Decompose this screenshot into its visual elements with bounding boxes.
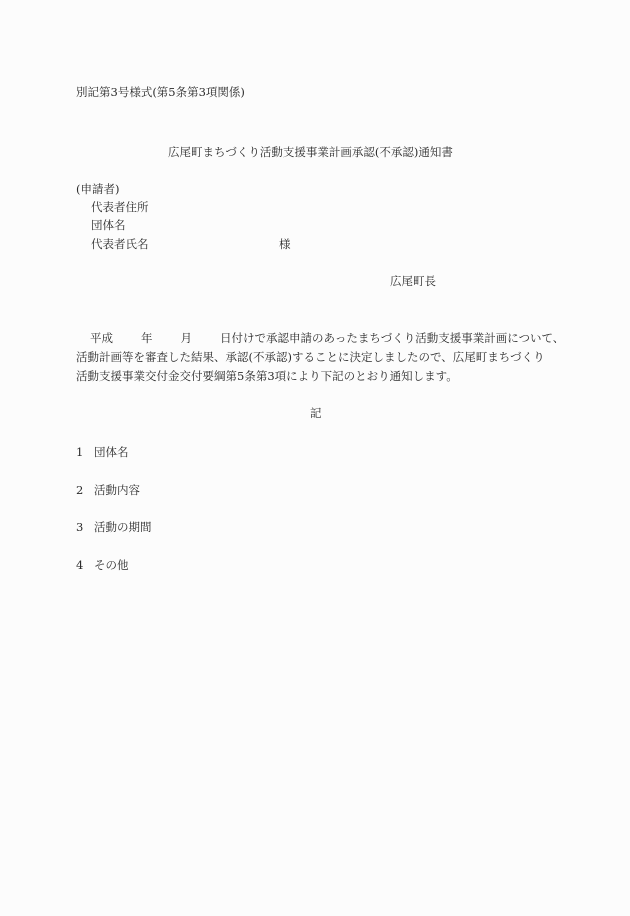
item-label: 活動内容: [94, 483, 140, 497]
organization-name-label: 団体名: [91, 217, 126, 233]
item-label: 活動の期間: [94, 520, 152, 534]
item-number: 2: [76, 482, 94, 498]
list-item: 3活動の期間: [76, 519, 152, 535]
item-label: 団体名: [94, 445, 129, 459]
body-line-2: 活動計画等を審査した結果、承認(不承認)することに決定しましたので、広尾町まちづ…: [76, 348, 556, 367]
representative-address-label: 代表者住所: [91, 199, 149, 215]
body-line-3: 活動支援事業交付金交付要綱第5条第3項により下記のとおり通知します。: [76, 367, 556, 386]
list-item: 1団体名: [76, 444, 129, 460]
item-number: 4: [76, 557, 94, 573]
item-label: その他: [94, 558, 129, 572]
list-item: 2活動内容: [76, 482, 140, 498]
representative-name-label: 代表者氏名: [91, 236, 149, 252]
item-number: 1: [76, 444, 94, 460]
issuer-mayor: 広尾町長: [390, 273, 436, 289]
applicant-label: (申請者): [76, 181, 119, 197]
month-label: 月: [181, 331, 193, 345]
year-label: 年: [141, 331, 153, 345]
notice-body: 平成年月日付けで承認申請のあったまちづくり活動支援事業計画について、 活動計画等…: [76, 329, 556, 386]
ki-heading: 記: [310, 405, 322, 421]
form-reference: 別記第3号様式(第5条第3項関係): [76, 84, 245, 100]
item-number: 3: [76, 519, 94, 535]
body-line-1-text: 日付けで承認申請のあったまちづくり活動支援事業計画について、: [220, 331, 564, 345]
honorific-sama: 様: [279, 236, 291, 252]
list-item: 4その他: [76, 557, 129, 573]
document-title: 広尾町まちづくり活動支援事業計画承認(不承認)通知書: [168, 144, 453, 160]
body-line-1: 平成年月日付けで承認申請のあったまちづくり活動支援事業計画について、: [76, 329, 556, 348]
era-label: 平成: [90, 331, 113, 345]
